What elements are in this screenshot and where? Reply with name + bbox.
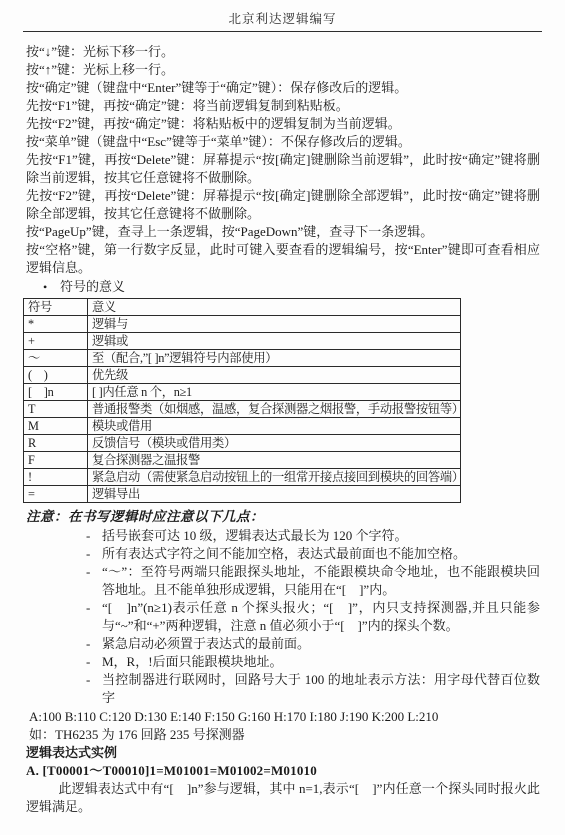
table-row: ( ) 优先级 [24, 367, 461, 384]
symbol-cell: [ ]n [24, 384, 88, 401]
symbol-cell: = [24, 486, 88, 503]
note-text: 所有表达式字符之间不能加空格，表达式最前面也不能加空格。 [102, 546, 466, 561]
meaning-cell: 优先级 [88, 367, 461, 384]
page-header: 北京利达逻辑编写 [0, 0, 565, 32]
table-row: ! 紧急启动（需使紧急启动按钮上的一组常开接点接回到模块的回答端） [24, 469, 461, 486]
table-row: R 反馈信号（模块或借用类） [24, 435, 461, 452]
expression-a-line: A. [T00001～T00010]1=M01001=M01002=M01010 [26, 762, 540, 780]
symbol-cell: + [24, 333, 88, 350]
dash-marker: - [86, 635, 90, 653]
table-row: T 普通报警类（如烟感，温感，复合探测器之烟报警，手动报警按钮等） [24, 401, 461, 418]
instruction-line: 按“PageUp”键，查寻上一条逻辑，按“PageDown”键，查寻下一条逻辑。 [26, 223, 540, 241]
instruction-line: 按“确定”键（键盘中“Enter”键等于“确定”键）：保存修改后的逻辑。 [26, 79, 540, 97]
dash-marker: - [86, 563, 90, 581]
meaning-cell: 逻辑与 [88, 316, 461, 333]
table-header-row: 符号 意义 [24, 299, 461, 316]
note-item: - “～”：至符号两端只能跟探头地址，不能跟模块命令地址，也不能跟模块回答地址。… [26, 563, 540, 599]
note-item: - 紧急启动必须置于表达式的最前面。 [26, 635, 540, 653]
meaning-cell: 逻辑或 [88, 333, 461, 350]
note-text: 当控制器进行联网时，回路号大于 100 的地址表示方法：用字母代替百位数字 [102, 672, 540, 705]
bullet-icon: • [43, 278, 60, 296]
instruction-line: 按“↓”键：光标下移一行。 [26, 43, 540, 61]
table-row: [ ]n [ ]内任意 n 个，n≥1 [24, 384, 461, 401]
note-item: - 括号嵌套可达 10 级，逻辑表达式最长为 120 个字符。 [26, 527, 540, 545]
document-body: 按“↓”键：光标下移一行。 按“↑”键：光标上移一行。 按“确定”键（键盘中“E… [0, 32, 565, 816]
note-text: “～”：至符号两端只能跟探头地址，不能跟模块命令地址，也不能跟模块回答地址。且不… [102, 564, 540, 597]
note-text: M，R，!后面只能跟模块地址。 [102, 654, 283, 669]
note-item: - 所有表达式字符之间不能加空格，表达式最前面也不能加空格。 [26, 545, 540, 563]
meaning-cell: [ ]内任意 n 个，n≥1 [88, 384, 461, 401]
instruction-line: 先按“F2”键，再按“确定”键：将粘贴板中的逻辑复制为当前逻辑。 [26, 115, 540, 133]
symbol-cell: ( ) [24, 367, 88, 384]
instruction-line: 按“空格”键，第一行数字反显，此时可键入要查看的逻辑编号，按“Enter”键即可… [26, 241, 540, 277]
symbol-table: 符号 意义 * 逻辑与 + 逻辑或 ～ 至（配合,”[ ]n”逻辑符号内部使用）… [23, 298, 461, 503]
document-page: 北京利达逻辑编写 按“↓”键：光标下移一行。 按“↑”键：光标上移一行。 按“确… [0, 0, 565, 835]
instruction-line: 先按“F1”键，再按“确定”键：将当前逻辑复制到粘贴板。 [26, 97, 540, 115]
meaning-cell: 紧急启动（需使紧急启动按钮上的一组常开接点接回到模块的回答端） [88, 469, 461, 486]
meaning-cell: 逻辑导出 [88, 486, 461, 503]
table-row: ～ 至（配合,”[ ]n”逻辑符号内部使用） [24, 350, 461, 367]
table-row: + 逻辑或 [24, 333, 461, 350]
instruction-line: 按“菜单”键（键盘中“Esc”键等于“菜单”键）：不保存修改后的逻辑。 [26, 133, 540, 151]
meaning-cell: 复合探测器之温报警 [88, 452, 461, 469]
symbols-section-heading: •符号的意义 [26, 278, 540, 296]
table-row: * 逻辑与 [24, 316, 461, 333]
meaning-cell: 模块或借用 [88, 418, 461, 435]
notice-heading: 注意：在书写逻辑时应注意以下几点： [26, 508, 540, 526]
note-item: - “[ ]n”(n≥1)表示任意 n 个探头报火；“[ ]”，内只支持探测器,… [26, 599, 540, 635]
meaning-header-cell: 意义 [88, 299, 461, 316]
address-codes-line: A:100 B:110 C:120 D:130 E:140 F:150 G:16… [26, 708, 540, 726]
instruction-line: 先按“F2”键，再按“Delete”键：屏幕提示“按[确定]键删除全部逻辑”，此… [26, 187, 540, 223]
table-row: M 模块或借用 [24, 418, 461, 435]
symbol-cell: ～ [24, 350, 88, 367]
page-title: 北京利达逻辑编写 [0, 9, 565, 27]
symbol-cell: ! [24, 469, 88, 486]
dash-marker: - [86, 653, 90, 671]
note-text: “[ ]n”(n≥1)表示任意 n 个探头报火；“[ ]”，内只支持探测器,并且… [102, 600, 540, 633]
symbol-cell: T [24, 401, 88, 418]
table-row: = 逻辑导出 [24, 486, 461, 503]
symbol-cell: M [24, 418, 88, 435]
note-item: - M，R，!后面只能跟模块地址。 [26, 653, 540, 671]
meaning-cell: 普通报警类（如烟感，温感，复合探测器之烟报警，手动报警按钮等） [88, 401, 461, 418]
note-text: 紧急启动必须置于表达式的最前面。 [102, 636, 310, 651]
instruction-line: 先按“F1”键，再按“Delete”键：屏幕提示“按[确定]键删除当前逻辑”，此… [26, 151, 540, 187]
dash-marker: - [86, 545, 90, 563]
meaning-cell: 至（配合,”[ ]n”逻辑符号内部使用） [88, 350, 461, 367]
note-text: 括号嵌套可达 10 级，逻辑表达式最长为 120 个字符。 [102, 528, 408, 543]
dash-marker: - [86, 527, 90, 545]
dash-marker: - [86, 671, 90, 689]
symbol-header-cell: 符号 [24, 299, 88, 316]
note-item: - 当控制器进行联网时，回路号大于 100 的地址表示方法：用字母代替百位数字 [26, 671, 540, 707]
example-note-line: 如：TH6235 为 176 回路 235 号探测器 [26, 726, 540, 744]
table-row: F 复合探测器之温报警 [24, 452, 461, 469]
examples-heading: 逻辑表达式实例 [26, 744, 540, 762]
symbol-cell: R [24, 435, 88, 452]
expression-a-explanation: 此逻辑表达式中有“[ ]n”参与逻辑，其中 n=1,表示“[ ]”内任意一个探头… [26, 780, 540, 816]
instruction-line: 按“↑”键：光标上移一行。 [26, 61, 540, 79]
meaning-cell: 反馈信号（模块或借用类） [88, 435, 461, 452]
symbol-cell: F [24, 452, 88, 469]
dash-marker: - [86, 599, 90, 617]
symbol-cell: * [24, 316, 88, 333]
symbols-section-label: 符号的意义 [60, 279, 125, 294]
